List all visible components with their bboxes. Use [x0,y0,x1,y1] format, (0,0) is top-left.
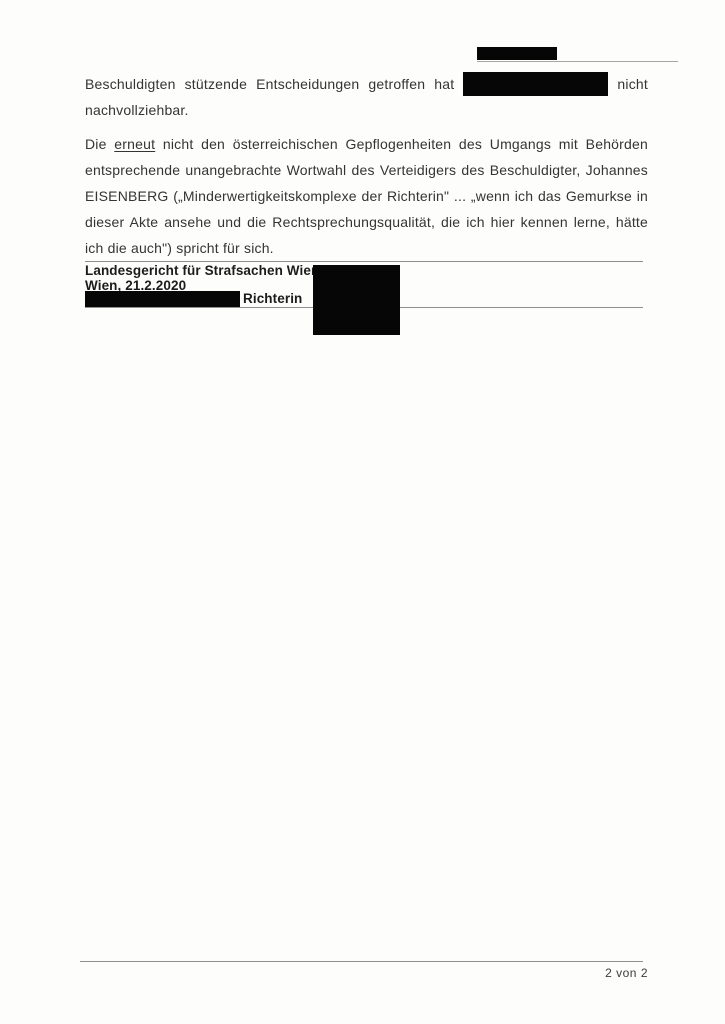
redaction-box-judge-name [85,291,240,307]
page-number: 2 von 2 [605,966,648,980]
footer-rule [80,961,643,962]
header-scan-line [477,61,678,62]
paragraph-wortwahl-lead: Die [85,136,114,152]
paragraph-conclusion-text-before: Beschuldigten stützende Entscheidungen g… [85,76,454,92]
scanned-document-page: Beschuldigten stützende Entscheidungen g… [0,0,725,1024]
paragraph-wortwahl-rest: nicht den österreichischen Gepflogenheit… [85,136,648,256]
court-name-line: Landesgericht für Strafsachen Wien, Al [85,263,340,278]
signature-top-rule [85,261,643,262]
paragraph-conclusion: Beschuldigten stützende Entscheidungen g… [85,71,648,123]
paragraph-wortwahl-underlined: erneut [114,136,155,152]
redaction-box-signature [313,265,400,335]
judge-role-label: Richterin [243,291,302,306]
redaction-box-inline [463,72,608,96]
paragraph-wortwahl: Die erneut nicht den österreichischen Ge… [85,131,648,261]
redaction-box-header [477,47,557,60]
